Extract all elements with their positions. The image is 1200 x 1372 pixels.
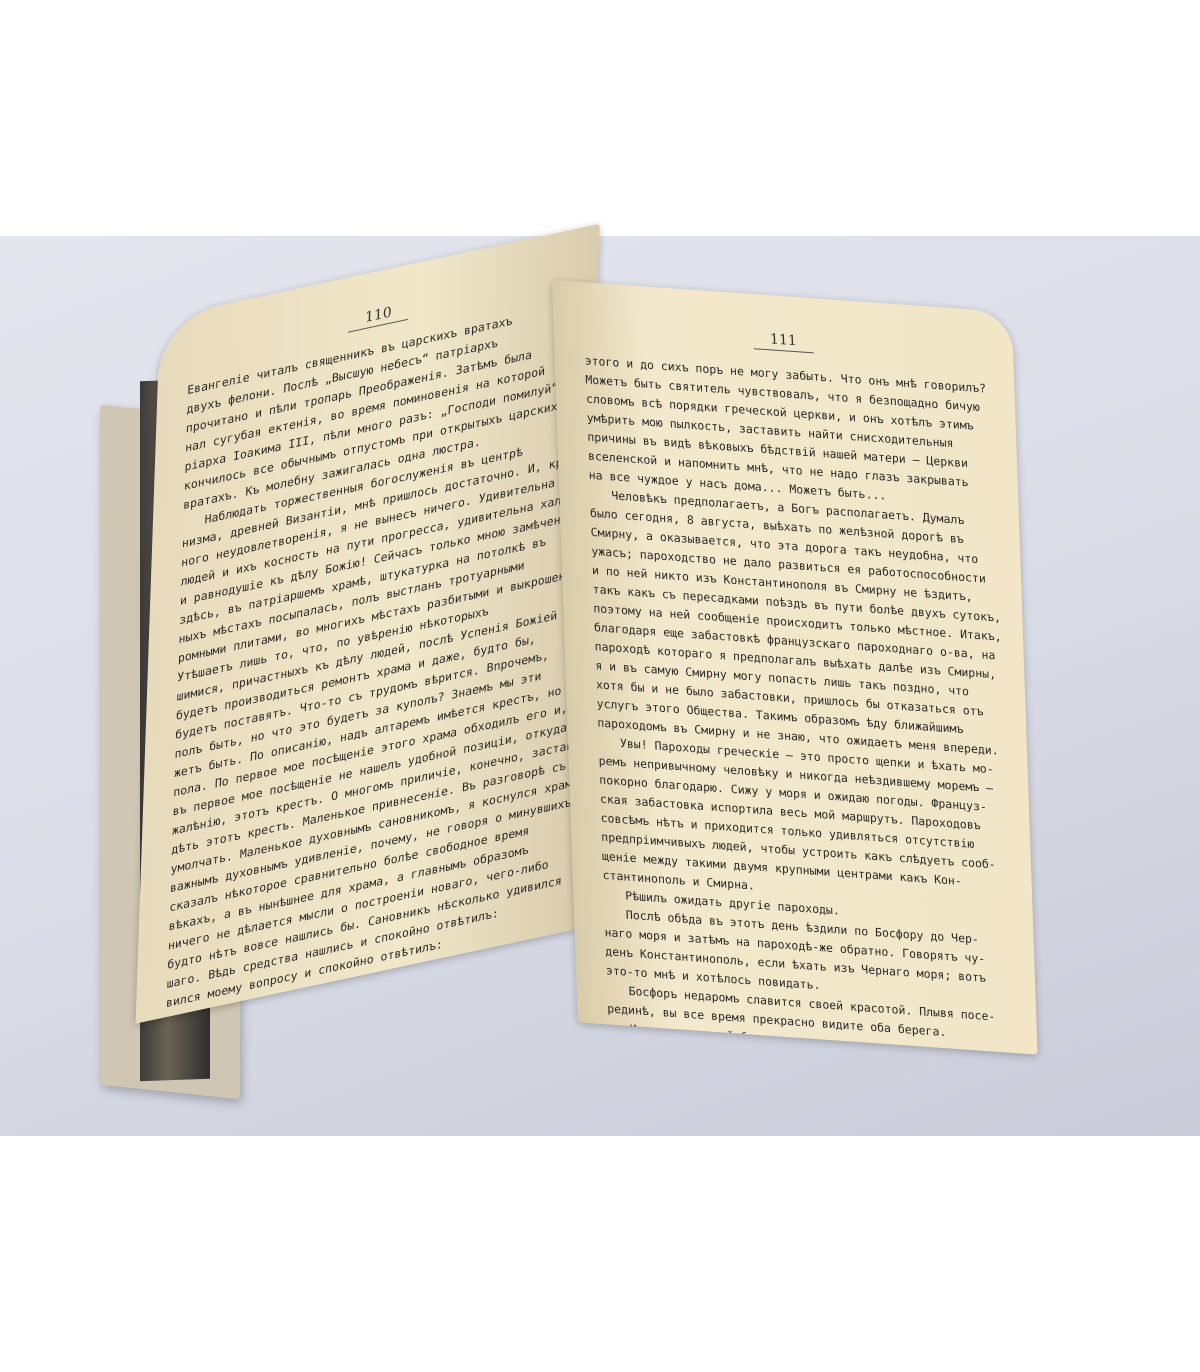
page-number-right: 111 — [753, 330, 814, 353]
right-page: 111 этого и до сихъ поръ не могу забыть.… — [552, 280, 1038, 1055]
left-page: 110 Евангеліе читалъ священникъ въ царск… — [136, 224, 600, 1024]
left-page-text: Евангеліе читалъ священникъ въ царскихъ … — [136, 285, 598, 1023]
right-page-text: этого и до сихъ поръ не могу забыть. Что… — [554, 341, 1037, 1054]
open-book: 110 Евангеліе читалъ священникъ въ царск… — [0, 0, 1200, 1372]
